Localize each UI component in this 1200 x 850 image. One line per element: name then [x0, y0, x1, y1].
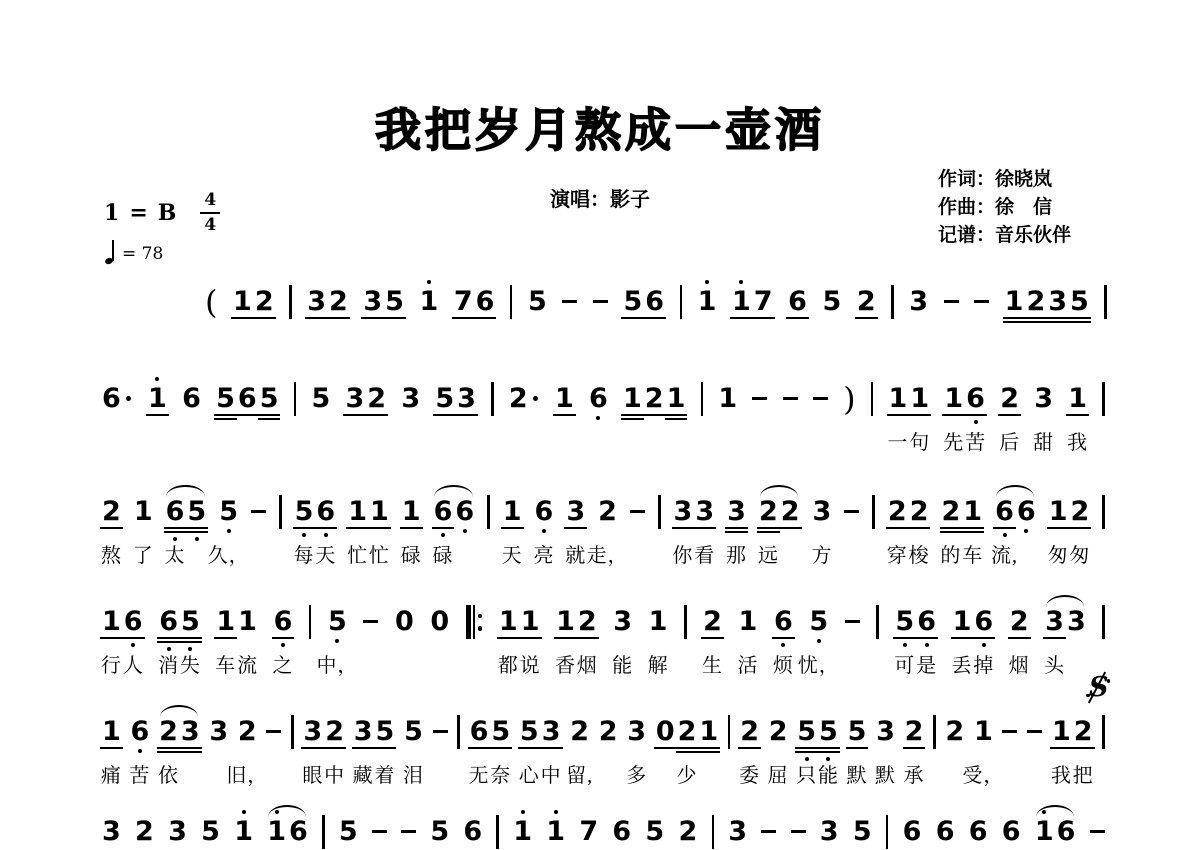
beam-line [701, 637, 724, 640]
note: 1 [698, 288, 717, 315]
note-group: 1都1说 [499, 608, 540, 635]
note-group: 5可6是 [895, 608, 936, 635]
lyric: 说 [520, 649, 541, 678]
octave-dot-below [982, 643, 986, 647]
octave-dot-below [302, 533, 306, 537]
note-group: 1 [546, 818, 565, 845]
note: 6烦 [774, 608, 793, 635]
slur-group: 6太5 [166, 498, 207, 525]
lyric: 是 [916, 649, 937, 678]
dash-note [813, 385, 828, 412]
augmentation-dot [531, 385, 540, 412]
 [473, 605, 475, 639]
note: 3 [168, 818, 187, 845]
note: 1 [718, 385, 737, 412]
note-group: 1痛 [102, 718, 121, 745]
barline [712, 815, 715, 849]
note: 1丢 [953, 608, 972, 635]
note-group: 1活 [739, 608, 758, 635]
lyric: 方 [811, 539, 832, 568]
note: 5 [853, 818, 872, 845]
note-group: ( [205, 288, 217, 316]
note-group [944, 288, 959, 315]
beam-line [855, 317, 878, 320]
note-group: 0 [430, 608, 449, 635]
note-group: 1 [698, 288, 717, 315]
lyric: 奈 [490, 759, 511, 788]
note: 2 [678, 818, 697, 845]
note: 6 [612, 818, 631, 845]
lyric: 活 [737, 649, 758, 678]
lyric: 把 [1073, 759, 1094, 788]
note-group: 1碌 [402, 498, 421, 525]
beam-line [903, 747, 926, 750]
beam-line [757, 531, 780, 534]
note: 5着 [376, 718, 395, 745]
note-group [886, 818, 889, 849]
note: 5 [528, 288, 547, 315]
beam-line [643, 317, 666, 320]
beam-line [400, 527, 423, 530]
note-group: 1丢6掉 [953, 608, 994, 635]
note-group: 6 [1002, 818, 1021, 845]
beam-line [253, 317, 276, 320]
lyric: 匆 [1069, 539, 1090, 568]
note: 1行 [102, 608, 121, 635]
note-group: ) [843, 385, 855, 413]
note: 1忙 [348, 498, 367, 525]
octave-dot-above [242, 810, 246, 814]
beam-line [432, 527, 455, 530]
note: 5默 [848, 718, 867, 745]
note-group: 5 [645, 818, 664, 845]
dash-note [562, 288, 577, 315]
note-group: 3 [728, 818, 747, 845]
note: 6消 [159, 608, 178, 635]
lyric: 可 [894, 649, 915, 678]
note: 6 [1017, 498, 1036, 525]
note: 1解 [649, 608, 668, 635]
note-group [1102, 608, 1105, 639]
lyric: 泪 [403, 759, 424, 788]
note-group [752, 385, 767, 412]
note: 3多 [627, 718, 646, 745]
note: 2后 [1000, 385, 1019, 412]
barline [1104, 285, 1107, 319]
note: 1天 [503, 498, 522, 525]
note-group: 3 [401, 385, 420, 412]
beam-line [501, 527, 524, 530]
barline [491, 382, 494, 416]
note: 5 [216, 385, 235, 412]
note-group: 6消5失 [159, 608, 200, 635]
augmentation-dot [124, 385, 133, 412]
note-group [680, 288, 683, 319]
note-group [562, 288, 577, 315]
octave-dot-above [705, 280, 709, 284]
dash-note [974, 288, 989, 315]
note-group: 5 [430, 818, 449, 845]
note-group: 2穿2梭 [888, 498, 929, 525]
barline [510, 285, 513, 319]
note-group: 3方 [813, 498, 832, 525]
lyric: 消 [158, 649, 179, 678]
note-group: 76 [454, 288, 495, 315]
beam-line [998, 414, 1021, 417]
lyric: 多 [626, 759, 647, 788]
beam-line [553, 414, 576, 417]
beam-line [697, 751, 720, 754]
note: 3中 [542, 718, 561, 745]
lyric: 中， [316, 649, 358, 678]
note: 5忧， [809, 608, 828, 635]
note: 1 [267, 818, 286, 845]
note: 1 [555, 385, 574, 412]
note: 2 [857, 288, 876, 315]
note: 6 [455, 498, 474, 525]
barline [658, 495, 661, 529]
note: 2旧， [238, 718, 257, 745]
beam-line [672, 527, 695, 530]
note-group: 2委 [740, 718, 759, 745]
beam-line [1046, 321, 1069, 324]
note-group [372, 818, 387, 845]
lyric: 默 [875, 759, 896, 788]
note: 2委 [740, 718, 759, 745]
note-group: 32 [345, 385, 386, 412]
beam-line [676, 747, 699, 750]
note-group: 6无5奈 [470, 718, 511, 745]
lyric: 流 [237, 649, 258, 678]
key-letter: B [158, 200, 177, 226]
beam-line [961, 531, 984, 534]
note: 2烟 [1010, 608, 1029, 635]
note: 6苦 [131, 718, 150, 745]
beam-line [1003, 317, 1026, 320]
note-group: 32 [307, 288, 348, 315]
lyric: 着 [374, 759, 395, 788]
lyric: 苦 [129, 759, 150, 788]
beam-line [951, 637, 974, 640]
note-group: 5 [339, 818, 358, 845]
note: 5 [385, 288, 404, 315]
beam-line [383, 317, 406, 320]
note: 2穿 [888, 498, 907, 525]
barline [891, 285, 894, 319]
note: 3方 [813, 498, 832, 525]
note: 6 [1057, 818, 1076, 845]
beam-line [258, 414, 281, 417]
note: 2 [1026, 288, 1045, 315]
note-group: 3 [102, 818, 121, 845]
beam-line [100, 747, 123, 750]
lyric: 香 [555, 649, 576, 678]
note-group: 6 [969, 818, 988, 845]
beam-line [179, 751, 202, 754]
note: 2走， [598, 498, 617, 525]
note-group [251, 498, 266, 525]
note: 6流, [995, 498, 1014, 525]
note-group: 2 [135, 818, 154, 845]
 [466, 605, 471, 639]
lyric: 我 [1051, 759, 1072, 788]
note: 5每 [295, 498, 314, 525]
note-group: 3眼2中 [303, 718, 344, 745]
beam-line [468, 747, 491, 750]
note: 2远 [759, 498, 778, 525]
beam-line [1050, 747, 1073, 750]
beam-line [214, 637, 237, 640]
lyric: 一 [887, 426, 908, 455]
beam-line [730, 317, 753, 320]
note-group: 2后 [1000, 385, 1019, 412]
barline [728, 715, 731, 749]
note: 1句 [910, 385, 929, 412]
slur-group: 2依3 [159, 718, 200, 745]
sheet-music-page: 我把岁月熬成一壶酒 演唱：影子 作词：徐晓岚 作曲：徐 信 记谱：音乐伙伴 1 … [0, 0, 1200, 850]
lyric: 烟 [1009, 649, 1030, 678]
note: 5 [623, 288, 642, 315]
beam-line [621, 418, 644, 421]
note-group: 5 [201, 818, 220, 845]
note: 2 [945, 718, 964, 745]
beam-line [368, 527, 391, 530]
note: 6是 [917, 608, 936, 635]
note-group: 0 [395, 608, 414, 635]
octave-dot-above [155, 377, 159, 381]
note-group [891, 288, 894, 319]
note: 6 [903, 818, 922, 845]
octave-dot-below [1024, 529, 1028, 533]
note: 3 [401, 385, 420, 412]
note: 5 [260, 385, 279, 412]
barline [487, 495, 490, 529]
note: 6 [788, 288, 807, 315]
note: 5能 [819, 718, 838, 745]
beam-line [752, 317, 775, 320]
note: 6掉 [974, 608, 993, 635]
note: 5 [645, 818, 664, 845]
beam-line [455, 414, 478, 417]
note-group [872, 498, 875, 529]
score-line-5: 1痛6苦2依332旧，3眼2中3藏5着5泪6无5奈5心3中2留,23多02少12… [102, 718, 1105, 749]
dash-note [363, 608, 378, 635]
slur-group: 6流,6 [995, 498, 1036, 525]
lyric: 了 [133, 539, 154, 568]
note: 2依 [159, 718, 178, 745]
note: 2熬 [102, 498, 121, 525]
barline [457, 715, 460, 749]
beam-line [564, 527, 587, 530]
lyric: 天 [315, 539, 336, 568]
lyric: 头 [1044, 649, 1065, 678]
note: 2屈 [769, 718, 788, 745]
note-group [974, 288, 989, 315]
beam-line [772, 637, 795, 640]
lyric: 能 [612, 649, 633, 678]
note-group: 6亮 [535, 498, 554, 525]
note-group: 2的1车 [942, 498, 983, 525]
beam-line [497, 637, 520, 640]
beam-line [654, 747, 677, 750]
note: 2 [367, 385, 386, 412]
note: 2匆 [1071, 498, 1090, 525]
note-group: 1 [234, 818, 253, 845]
beam-line [474, 317, 497, 320]
note-group: 2 [857, 288, 876, 315]
note: 5 [1070, 288, 1089, 315]
note-group: 1行6人 [102, 608, 143, 635]
note-group [728, 718, 731, 749]
note: 6苦 [966, 385, 985, 412]
note-group: 2屈 [769, 718, 788, 745]
octave-dot-below [1003, 533, 1007, 537]
note-group: 2 [599, 718, 618, 745]
note-group [309, 608, 312, 639]
note-group: 3藏5着 [354, 718, 395, 745]
lyric: 每 [293, 539, 314, 568]
barline [1102, 605, 1105, 639]
note: 1活 [739, 608, 758, 635]
beam-line [1046, 317, 1069, 320]
note-group: 1天 [503, 498, 522, 525]
note-group [291, 718, 294, 749]
beam-line [185, 531, 208, 534]
note-group: 3多 [627, 718, 646, 745]
note-group [294, 385, 297, 416]
note: 1我 [1068, 385, 1087, 412]
note: 5只 [797, 718, 816, 745]
lyric: 甜 [1033, 426, 1054, 455]
beam-line [964, 414, 987, 417]
lyric: 失 [180, 649, 201, 678]
note: 6 [476, 288, 495, 315]
barline [872, 495, 875, 529]
note-group: 6 [788, 288, 807, 315]
barline [289, 285, 292, 319]
note-group: 3就 [566, 498, 585, 525]
note: 1匆 [1049, 498, 1068, 525]
beam-line [100, 637, 123, 640]
octave-dot-above [521, 810, 525, 814]
beam-line [305, 317, 328, 320]
lyric: 我 [1067, 426, 1088, 455]
note: 6 [645, 288, 664, 315]
barline [279, 495, 282, 529]
note: 2的 [942, 498, 961, 525]
beam-line [576, 637, 599, 640]
note-group: 3 [168, 818, 187, 845]
note-group [761, 818, 776, 845]
barline [886, 815, 889, 849]
octave-dot-below [781, 643, 785, 647]
dash-note [761, 818, 776, 845]
beam-line [972, 637, 995, 640]
beam-line [164, 527, 187, 530]
note: 3默 [876, 718, 895, 745]
dash-note [783, 385, 798, 412]
note: 1我 [1052, 718, 1071, 745]
octave-dot-above [275, 810, 279, 814]
note-group: 5默 [848, 718, 867, 745]
note: 1 [732, 288, 751, 315]
note: 3甜 [1034, 385, 1053, 412]
note: 3 [820, 818, 839, 845]
note: 1说 [521, 608, 540, 635]
note: 6 [182, 385, 201, 412]
note-group [933, 718, 936, 749]
note-group: 5泪 [404, 718, 423, 745]
note-group: 2 [945, 718, 964, 745]
note-group: 6 [589, 385, 608, 412]
lyric: 委 [739, 759, 760, 788]
barline [1102, 715, 1105, 749]
note: 5 [339, 818, 358, 845]
beam-line [157, 641, 180, 644]
note-group [845, 608, 860, 635]
lyric: 匆 [1048, 539, 1069, 568]
credit-composer: 作曲：徐 信 [938, 194, 1071, 222]
note-group: 2走， [598, 498, 617, 525]
note-group [658, 498, 661, 529]
beam-line [1024, 321, 1047, 324]
beam-line [554, 637, 577, 640]
note: 2 [781, 498, 800, 525]
lyric: 流, [991, 539, 1018, 568]
beam-line [817, 747, 840, 750]
note-group: 2烟 [1010, 608, 1029, 635]
lyric: 远 [758, 539, 779, 568]
lyric: 车 [962, 539, 983, 568]
note-group: 6 [903, 818, 922, 845]
note-group: 2留, [570, 718, 589, 745]
note-group: 5忧， [809, 608, 828, 635]
beam-line [146, 414, 169, 417]
beam-line [352, 747, 375, 750]
note-group [712, 818, 715, 849]
note: 2梭 [910, 498, 929, 525]
note-group: 3默 [876, 718, 895, 745]
note: 6 [1002, 818, 1021, 845]
dash-note [791, 818, 806, 845]
note: 2 [509, 385, 528, 412]
slur-group: 2远2 [759, 498, 800, 525]
note-group: 1匆2匆 [1049, 498, 1090, 525]
beam-line [665, 418, 688, 421]
beam-line [893, 637, 916, 640]
lyric: 都 [498, 649, 519, 678]
time-signature-top: 4 [200, 192, 220, 214]
dash-note [251, 498, 266, 525]
note-group: 565 [216, 385, 278, 412]
lyric: 那 [726, 539, 747, 568]
note-group: 1车1流 [216, 608, 257, 635]
lyric: 的 [940, 539, 961, 568]
lyric: 中 [324, 759, 345, 788]
note-group: 6 [936, 818, 955, 845]
note: 5 [201, 818, 220, 845]
note-group: 56 [623, 288, 664, 315]
beam-line [293, 527, 316, 530]
dash-note [1002, 718, 1017, 745]
lyric: 能 [818, 759, 839, 788]
note-group: 3那 [727, 498, 746, 525]
tempo-value: = 78 [122, 244, 163, 264]
beam-line [179, 747, 202, 750]
note: 0 [656, 718, 675, 745]
note: 3看 [695, 498, 714, 525]
octave-dot-below [441, 533, 445, 537]
